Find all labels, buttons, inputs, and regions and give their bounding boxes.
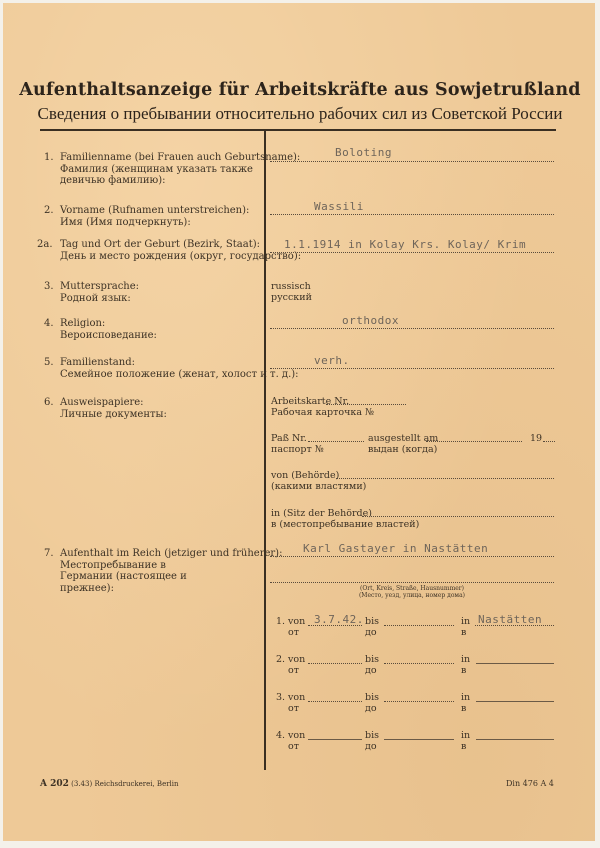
religion-value[interactable]: orthodox xyxy=(342,314,399,327)
workcard-field[interactable] xyxy=(326,404,406,405)
residence-line-1 xyxy=(270,556,554,557)
header-rule xyxy=(40,129,556,131)
residence-line-2[interactable] xyxy=(270,582,554,583)
marital-value[interactable]: verh. xyxy=(314,354,350,367)
surname-value[interactable]: Boloting xyxy=(335,146,392,159)
field-5-label: 5.Familienstand: Семейное положение (жен… xyxy=(44,357,299,380)
residence-value[interactable]: Karl Gastayer in Nastätten xyxy=(303,542,488,555)
field-1-label: 1.Familienname (bei Frauen auch Geburtsn… xyxy=(44,152,300,187)
surname-line xyxy=(270,161,554,162)
field-2-label: 2.Vorname (Rufnamen unterstreichen): Имя… xyxy=(44,205,249,228)
column-divider xyxy=(264,130,266,770)
religion-line xyxy=(270,328,554,329)
issued-label-de: ausgestellt am xyxy=(368,433,438,444)
din-format: Din 476 A 4 xyxy=(506,779,554,788)
authority-seat-label-de: in (Sitz der Behörde) xyxy=(271,508,372,519)
firstname-value[interactable]: Wassili xyxy=(314,200,364,213)
issued-label-ru: выдан (когда) xyxy=(368,444,437,455)
field-2a-label: 2a.Tag und Ort der Geburt (Bezirk, Staat… xyxy=(37,239,301,262)
title-german: Aufenthaltsanzeige für Arbeitskräfte aus… xyxy=(0,80,600,100)
issued-date-field[interactable] xyxy=(426,441,522,442)
authority-seat-field[interactable] xyxy=(362,516,554,517)
authority-field[interactable] xyxy=(336,478,554,479)
field-3-label: 3.Muttersprache: Родной язык: xyxy=(44,281,139,304)
passport-label-ru: паспорт № xyxy=(271,444,324,455)
authority-label-ru: (какими властями) xyxy=(271,481,366,492)
year-field[interactable] xyxy=(543,441,555,442)
passport-number-field[interactable] xyxy=(308,441,364,442)
passport-label-de: Paß Nr. xyxy=(271,433,307,444)
title-russian: Сведения о пребывании относительно рабоч… xyxy=(0,104,600,124)
field-4-label: 4.Religion: Вероисповедание: xyxy=(44,318,157,341)
stay-4-place[interactable] xyxy=(476,739,554,740)
year-prefix: 19 xyxy=(530,433,542,444)
field-6-label: 6.Ausweispapiere: Личные документы: xyxy=(44,397,167,420)
authority-seat-label-ru: в (местопребывание властей) xyxy=(271,519,419,530)
stay-3-place[interactable] xyxy=(476,701,554,702)
workcard-label-ru: Рабочая карточка № xyxy=(271,407,374,418)
stay-3-to[interactable] xyxy=(384,701,454,702)
birth-value[interactable]: 1.1.1914 in Kolay Krs. Kolay/ Krim xyxy=(284,238,526,251)
stay-1-to[interactable] xyxy=(384,625,454,626)
firstname-line xyxy=(270,214,554,215)
mother-tongue-de: russisch xyxy=(271,281,311,292)
mother-tongue-ru: русский xyxy=(271,292,312,303)
workcard-label-de: Arbeitskarte Nr. xyxy=(271,396,349,407)
address-hint: (Ort, Kreis, Straße, Hausnummer) (Место,… xyxy=(270,585,554,599)
stay-4-to[interactable] xyxy=(384,739,454,740)
stay-2-from[interactable] xyxy=(308,663,362,664)
form-number: A 202 (3.43) Reichsdruckerei, Berlin xyxy=(40,779,179,789)
marital-line xyxy=(270,368,554,369)
stay-4-from[interactable] xyxy=(308,739,362,740)
stay-2-to[interactable] xyxy=(384,663,454,664)
stay-3-from[interactable] xyxy=(308,701,362,702)
stay-2-place[interactable] xyxy=(476,663,554,664)
birth-line xyxy=(270,252,554,253)
field-7-label: 7.Aufenthalt im Reich (jetziger und früh… xyxy=(44,548,282,594)
authority-label-de: von (Behörde) xyxy=(271,470,339,481)
